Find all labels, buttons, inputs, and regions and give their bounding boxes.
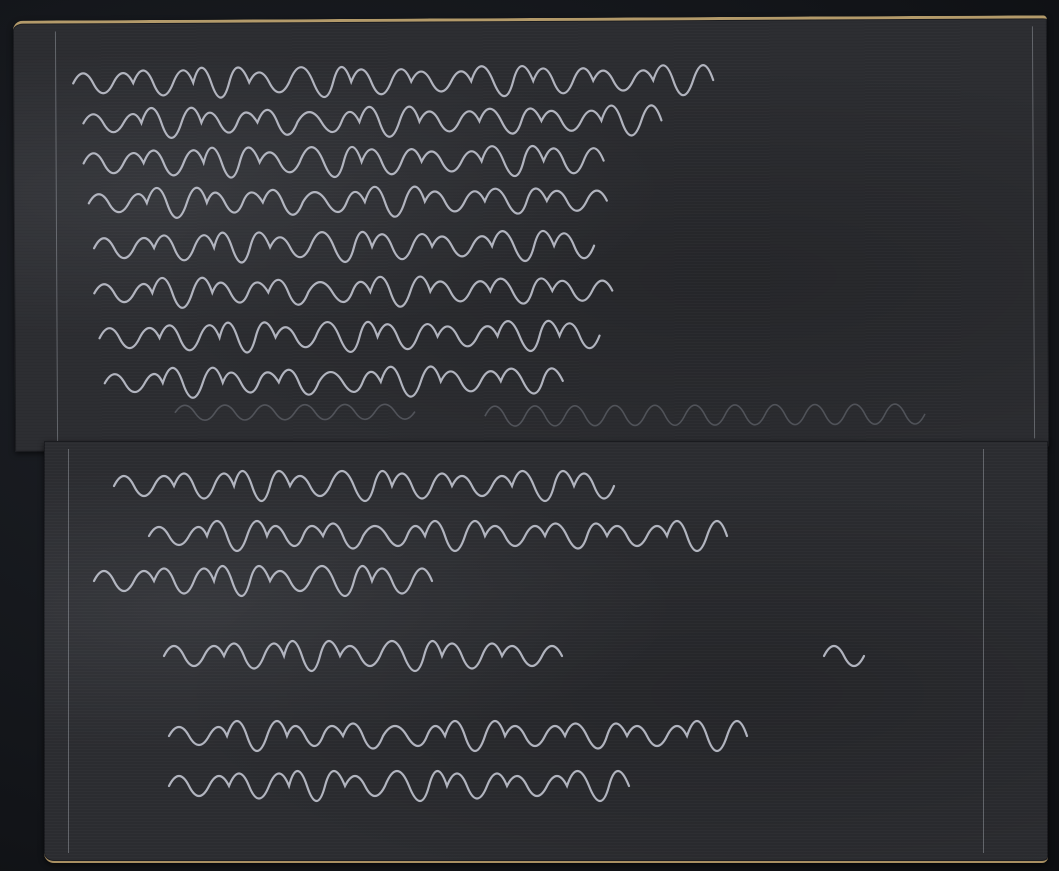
manuscript-leaf-bottom (44, 441, 1048, 863)
chalk-script-bottom (44, 441, 1048, 861)
manuscript-leaf-top (13, 15, 1049, 451)
chalk-script-top (13, 18, 1049, 451)
